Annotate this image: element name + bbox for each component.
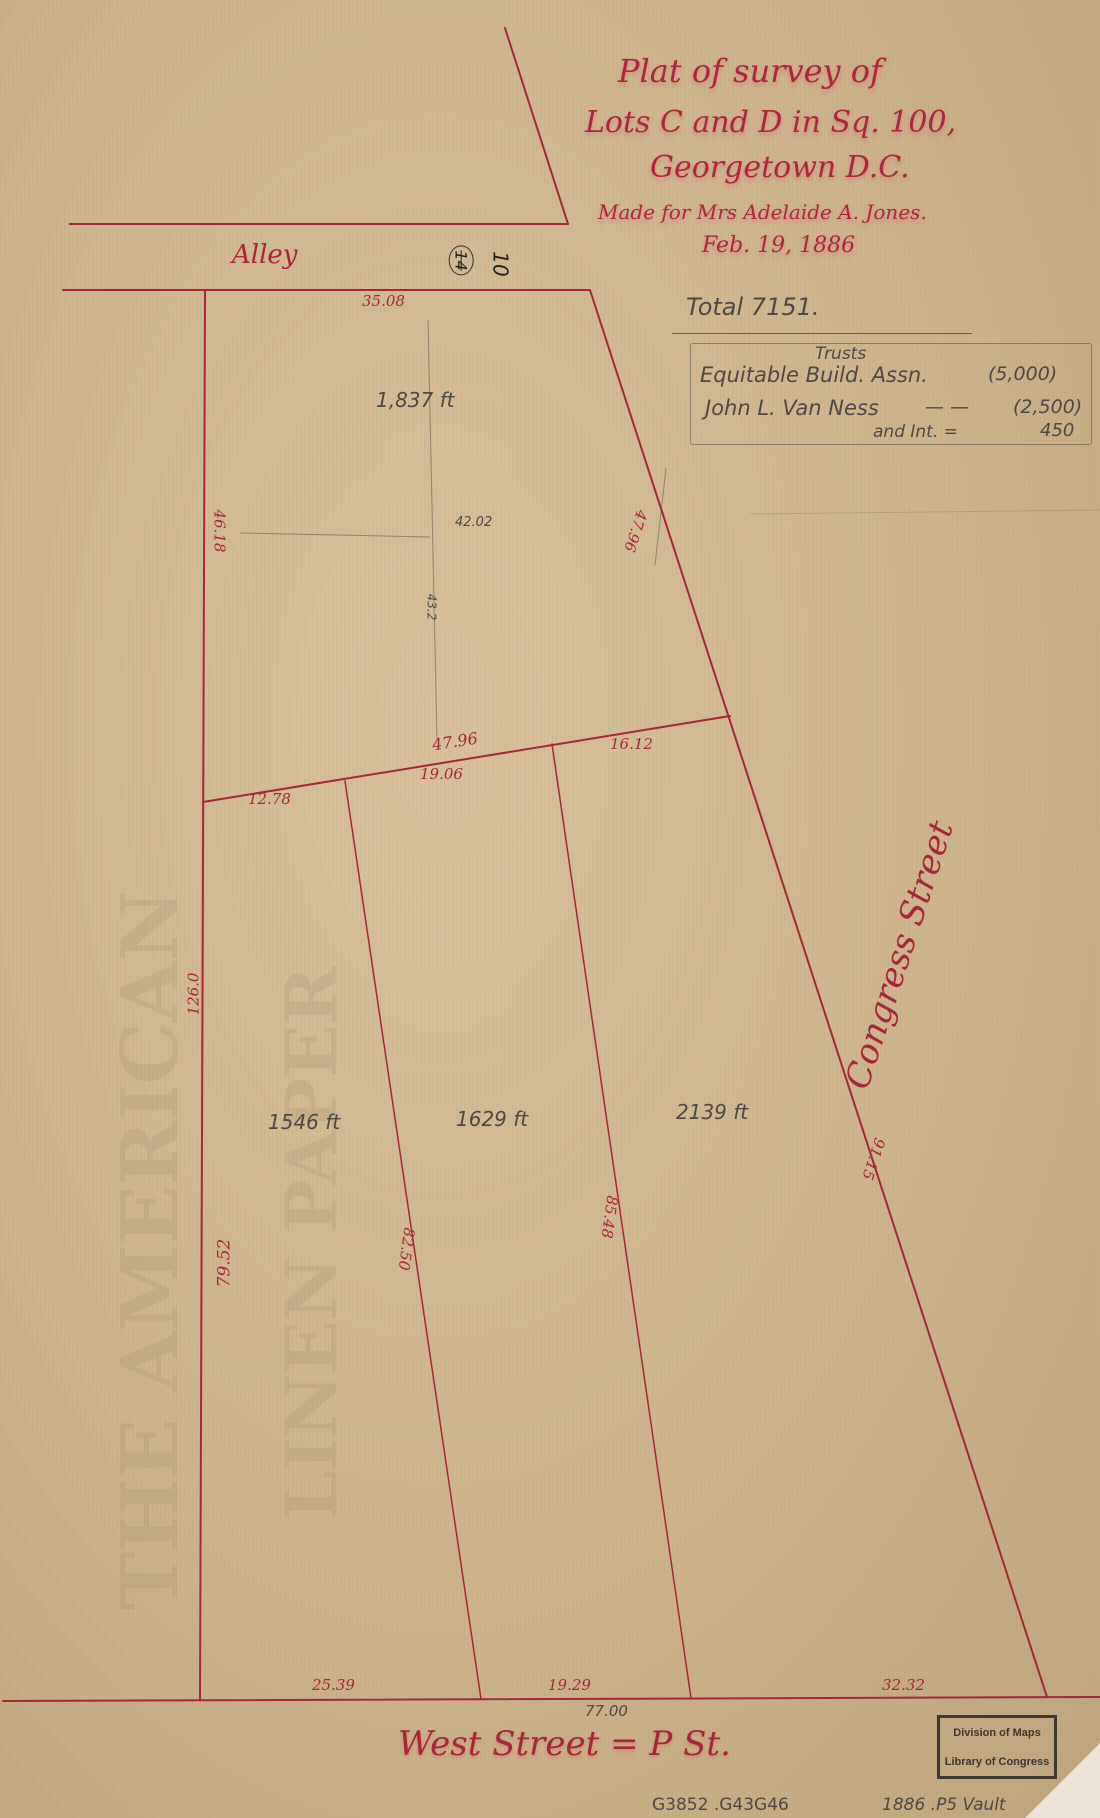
area-lot-3: 2139 ft — [676, 1100, 748, 1124]
dim-interior-width: 42.02 — [455, 515, 492, 530]
dim-bottom-seg1: 25.39 — [312, 1676, 355, 1694]
trusts-heading: Trusts — [815, 344, 866, 364]
alley-label: Alley — [232, 240, 297, 270]
alley-lot-new: 10 — [489, 251, 513, 276]
area-lot-1: 1546 ft — [268, 1110, 340, 1134]
dim-left-total: 126.0 — [184, 973, 202, 1016]
trust-2-interest: 450 — [1040, 420, 1074, 441]
map-sheet: THE AMERICAN LINEN PAPER — [0, 0, 1100, 1818]
stamp-line-1: Division of Maps — [953, 1727, 1040, 1739]
trust-2-name: John L. Van Ness — [705, 396, 879, 420]
call-number-1: G3852 .G43G46 — [652, 1795, 789, 1815]
corner-fold — [1025, 1743, 1100, 1818]
total-rule — [672, 333, 972, 334]
dim-top: 35.08 — [362, 292, 405, 310]
west-street-label: West Street = P St. — [398, 1724, 731, 1764]
pencil-depth-line — [428, 320, 437, 740]
dim-middle-seg2: 19.06 — [420, 765, 463, 783]
title-line-4: Made for Mrs Adelaide A. Jones. — [598, 200, 927, 224]
trust-2-amount: (2,500) — [1013, 396, 1082, 418]
title-line-3: Georgetown D.C. — [650, 150, 910, 185]
title-line-5: Feb. 19, 1886 — [702, 233, 855, 258]
dim-bottom-seg3: 32.32 — [882, 1676, 925, 1694]
dim-middle-seg1: 12.78 — [248, 790, 291, 808]
west-street-line — [3, 1697, 1100, 1701]
pencil-width-line — [240, 533, 430, 537]
dim-interior-depth: 43.2 — [424, 594, 438, 621]
trust-2-dash: — — — [925, 396, 969, 418]
congress-street-boundary — [590, 290, 1047, 1697]
total-note: Total 7151. — [686, 293, 820, 321]
title-line-1: Plat of survey of — [618, 52, 882, 90]
area-upper-lot: 1,837 ft — [376, 388, 455, 412]
title-line-2: Lots C and D in Sq. 100, — [585, 105, 956, 140]
lot-divider-2 — [552, 744, 691, 1698]
dim-left-upper: 46.18 — [210, 510, 228, 553]
dim-bottom-seg2: 19.29 — [548, 1676, 591, 1694]
trust-2-interest-label: and Int. = — [873, 422, 958, 442]
trust-1-name: Equitable Build. Assn. — [700, 363, 928, 387]
trust-1-amount: (5,000) — [988, 363, 1057, 385]
area-lot-2: 1629 ft — [456, 1107, 528, 1131]
dim-bottom-total: 77.00 — [585, 1702, 628, 1720]
dim-left-lower: 79.52 — [214, 1239, 234, 1288]
dim-middle-seg3: 16.12 — [610, 735, 653, 753]
adjacent-lot-line — [505, 28, 568, 224]
call-number-2: 1886 .P5 Vault — [882, 1795, 1006, 1815]
